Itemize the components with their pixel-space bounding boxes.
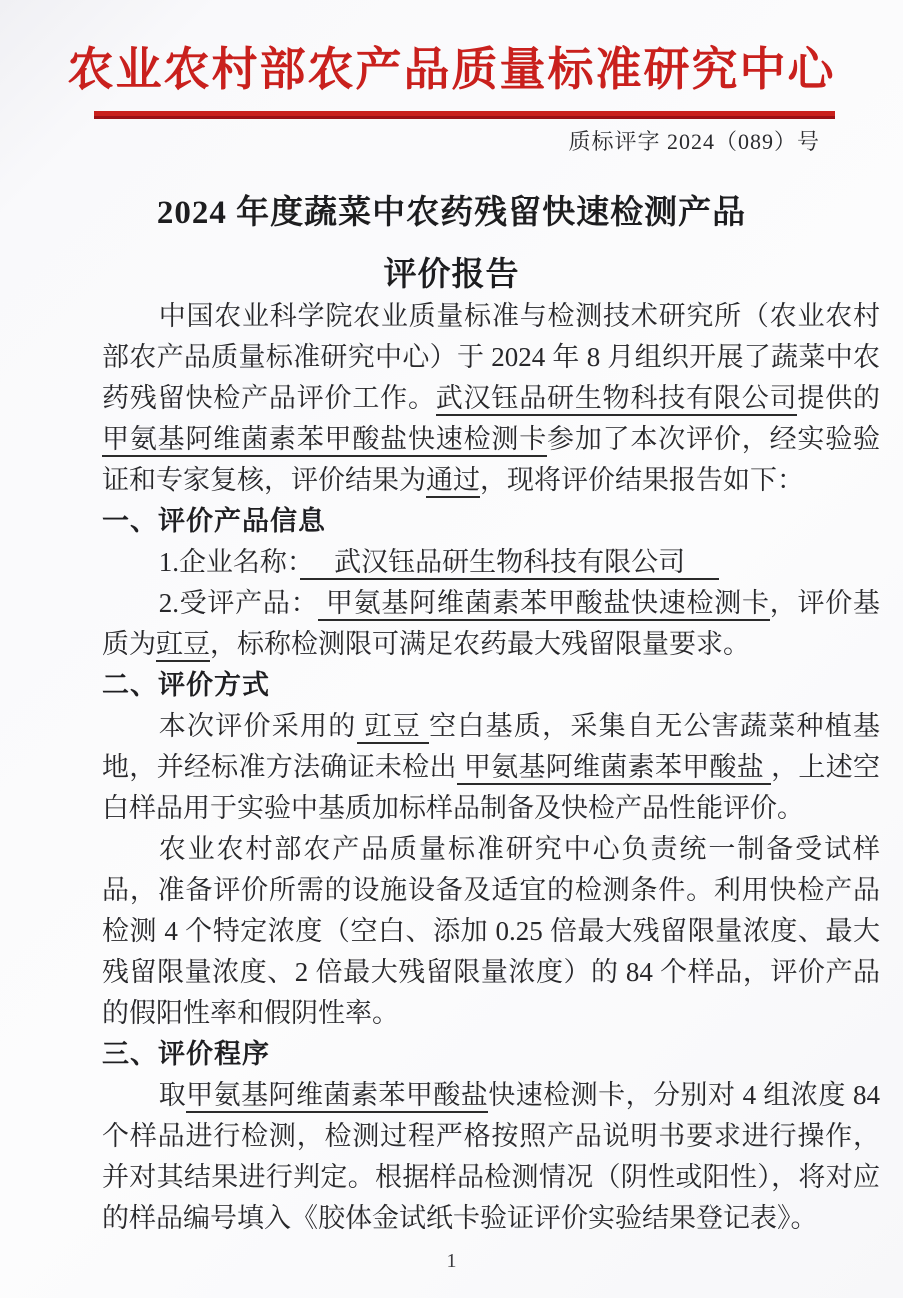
text-run: 1.企业名称： bbox=[159, 547, 301, 577]
report-body: 中国农业科学院农业质量标准与检测技术研究所（农业农村部农产品质量标准研究中心）于… bbox=[102, 296, 880, 1239]
paragraph: 取甲氨基阿维菌素苯甲酸盐快速检测卡，分别对 4 组浓度 84 个样品进行检测，检… bbox=[102, 1075, 880, 1239]
page-number: 1 bbox=[0, 1250, 903, 1273]
underlined-text: 豇豆 bbox=[156, 629, 210, 662]
text-run: 取 bbox=[159, 1080, 186, 1110]
paragraph: 农业农村部农产品质量标准研究中心负责统一制备受试样品，准备评价所需的设施设备及适… bbox=[102, 829, 880, 1034]
header-divider bbox=[94, 111, 835, 119]
underlined-text: 武汉钰品研生物科技有限公司 bbox=[300, 547, 719, 580]
section-heading: 二、评价方式 bbox=[102, 665, 880, 706]
report-title: 2024 年度蔬菜中农药残留快速检测产品 评价报告 bbox=[0, 182, 903, 306]
underlined-text: 豇豆 bbox=[357, 711, 430, 744]
text-run: 一、评价产品信息 bbox=[102, 506, 326, 536]
text-run: 提供的 bbox=[797, 383, 880, 413]
underlined-text: 通过 bbox=[426, 465, 480, 498]
org-title: 农业农村部农产品质量标准研究中心 bbox=[0, 33, 903, 99]
document-number: 质标评字 2024（089）号 bbox=[568, 125, 820, 156]
underlined-text: 甲氨基阿维菌素苯甲酸盐 bbox=[186, 1080, 488, 1113]
text-run: 本次评价采用的 bbox=[159, 711, 357, 741]
paragraph: 1.企业名称： 武汉钰品研生物科技有限公司 bbox=[102, 542, 880, 583]
text-run: 二、评价方式 bbox=[102, 670, 270, 700]
paragraph: 2.受评产品： 甲氨基阿维菌素苯甲酸盐快速检测卡，评价基质为豇豆，标称检测限可满… bbox=[102, 583, 880, 665]
report-title-line1: 2024 年度蔬菜中农药残留快速检测产品 bbox=[0, 182, 903, 244]
underlined-text: 甲氨基阿维菌素苯甲酸盐快速检测卡 bbox=[318, 588, 769, 621]
text-run: 农业农村部农产品质量标准研究中心负责统一制备受试样品，准备评价所需的设施设备及适… bbox=[102, 834, 880, 1028]
underlined-text: 甲氨基阿维菌素苯甲酸盐快速检测卡 bbox=[102, 424, 547, 457]
underlined-text: 武汉钰品研生物科技有限公司 bbox=[436, 383, 798, 416]
text-run: 2.受评产品： bbox=[159, 588, 319, 618]
paragraph: 中国农业科学院农业质量标准与检测技术研究所（农业农村部农产品质量标准研究中心）于… bbox=[102, 296, 880, 501]
text-run: ，标称检测限可满足农药最大残留限量要求。 bbox=[210, 629, 750, 659]
underlined-text: 甲氨基阿维菌素苯甲酸盐 bbox=[457, 752, 771, 785]
paragraph: 本次评价采用的 豇豆 空白基质，采集自无公害蔬菜种植基地，并经标准方法确证未检出… bbox=[102, 706, 880, 829]
text-run: 三、评价程序 bbox=[102, 1039, 270, 1069]
text-run: ，现将评价结果报告如下： bbox=[480, 465, 804, 495]
section-heading: 一、评价产品信息 bbox=[102, 501, 880, 542]
document-page: 农业农村部农产品质量标准研究中心 质标评字 2024（089）号 2024 年度… bbox=[0, 0, 903, 1298]
section-heading: 三、评价程序 bbox=[102, 1034, 880, 1075]
